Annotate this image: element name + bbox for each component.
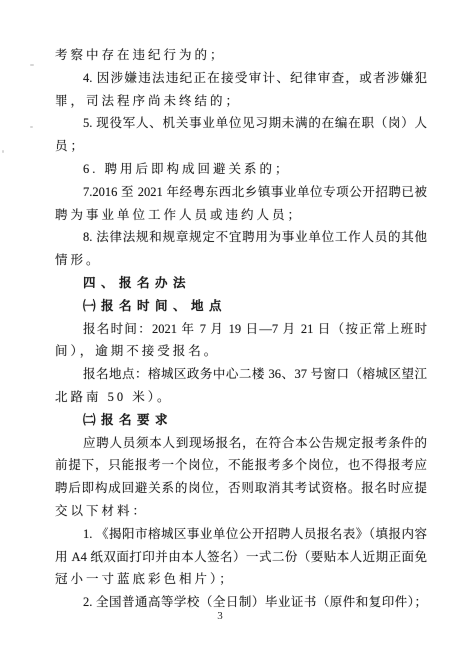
scan-speck — [30, 64, 34, 66]
page-number: 3 — [0, 610, 440, 622]
text-line: 7.2016 至 2021 年经粤东西北乡镇事业单位专项公开招聘已被 — [55, 181, 427, 204]
text-line: 报名时间：2021 年 7 月 19 日—7 月 21 日（按正常上班时 — [55, 318, 427, 341]
text-line: 员； — [55, 135, 427, 158]
text-line: 聘后即构成回避关系的岗位，否则取消其考试资格。报名时应提 — [55, 477, 427, 500]
text-line: ㈠报名时间、地点 — [55, 295, 427, 318]
text-line: 交以下材料： — [55, 500, 427, 523]
text-line: 5. 现役军人、机关事业单位见习期未满的在编在职（岗）人 — [55, 112, 427, 135]
document-page: 考察中存在违纪行为的；4. 因涉嫌违法违纪正在接受审计、纪律审查，或者涉嫌犯罪，… — [0, 0, 465, 657]
text-line: 冠小一寸蓝底彩色相片）； — [55, 568, 427, 591]
text-line: 用 A4 纸双面打印并由本人签名）一式二份（要贴本人近期正面免 — [55, 546, 427, 569]
text-line: 四、报名办法 — [55, 272, 427, 295]
text-line: 北路南 50 米）。 — [55, 386, 427, 409]
text-line: ㈡报名要求 — [55, 409, 427, 432]
text-line: 罪，司法程序尚未终结的； — [55, 90, 427, 113]
scan-speck — [30, 126, 33, 128]
text-line: 考察中存在违纪行为的； — [55, 44, 427, 67]
text-line: 6. 聘用后即构成回避关系的； — [55, 158, 427, 181]
document-text-block: 考察中存在违纪行为的；4. 因涉嫌违法违纪正在接受审计、纪律审查，或者涉嫌犯罪，… — [55, 44, 427, 614]
scan-speck — [2, 150, 4, 153]
text-line: 情形。 — [55, 249, 427, 272]
text-line: 报名地点：榕城区政务中心二楼 36、37 号窗口（榕城区望江 — [55, 363, 427, 386]
text-line: 应聘人员须本人到现场报名，在符合本公告规定报考条件的 — [55, 432, 427, 455]
text-line: 间），逾期不接受报名。 — [55, 340, 427, 363]
text-line: 4. 因涉嫌违法违纪正在接受审计、纪律审查，或者涉嫌犯 — [55, 67, 427, 90]
text-line: 前提下，只能报考一个岗位，不能报考多个岗位，也不得报考应 — [55, 454, 427, 477]
text-line: 1. 《揭阳市榕城区事业单位公开招聘人员报名表》（填报内容 — [55, 523, 427, 546]
text-line: 聘为事业单位工作人员或违约人员； — [55, 204, 427, 227]
text-line: 8. 法律法规和规章规定不宜聘用为事业单位工作人员的其他 — [55, 226, 427, 249]
